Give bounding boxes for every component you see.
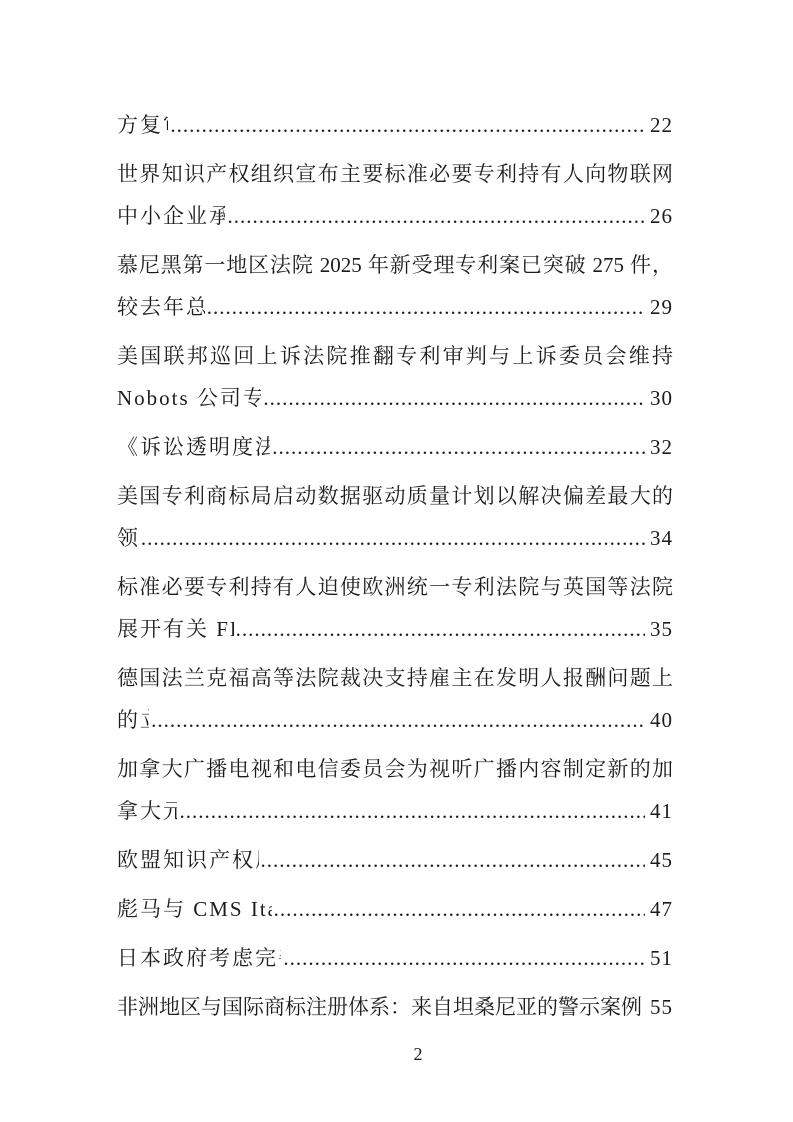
toc-line: 世界知识产权组织宣布主要标准必要专利持有人向物联网: [117, 153, 673, 195]
toc-line: 展开有关 FRAND 费率的竞争........................…: [117, 608, 673, 650]
page-number-footer: 2: [389, 1044, 447, 1064]
toc-line-text: 方复审请求: [117, 104, 168, 146]
toc-list: 方复审请求...................................…: [117, 104, 673, 1035]
toc-entry[interactable]: 德国法兰克福高等法院裁决支持雇主在发明人报酬问题上的立场............…: [117, 657, 673, 741]
dot-leader: ........................................…: [170, 104, 645, 146]
toc-line-text: Nobots 公司专利主张的裁决，谷歌胜诉: [117, 377, 261, 419]
toc-line: 中小企业承诺提供调解服务............................…: [117, 195, 673, 237]
toc-page-number: 29: [650, 286, 673, 328]
toc-entry[interactable]: 方复审请求...................................…: [117, 104, 673, 146]
toc-line: 方复审请求...................................…: [117, 104, 673, 146]
toc-line: 美国联邦巡回上诉法院推翻专利审判与上诉委员会维持: [117, 335, 673, 377]
toc-page-number: 30: [650, 377, 673, 419]
dot-leader: ........................................…: [151, 699, 645, 741]
toc-entry[interactable]: 世界知识产权组织宣布主要标准必要专利持有人向物联网中小企业承诺提供调解服务...…: [117, 153, 673, 237]
toc-line-text: 彪马与 CMS Italy 一案中的“最佳情境”原则: [117, 888, 272, 930]
toc-line-text: 《诉讼透明度法案》在美国众议院遭遇阻碍: [117, 426, 270, 468]
toc-line-text: 的立场: [117, 699, 149, 741]
toc-line-text: 拿大元素定义: [117, 790, 177, 832]
toc-page-number: 51: [650, 937, 673, 979]
toc-entry[interactable]: 美国联邦巡回上诉法院推翻专利审判与上诉委员会维持Nobots 公司专利主张的裁决…: [117, 335, 673, 419]
document-page: 方复审请求...................................…: [0, 0, 793, 1122]
toc-entry[interactable]: 标准必要专利持有人迫使欧洲统一专利法院与英国等法院展开有关 FRAND 费率的竞…: [117, 566, 673, 650]
toc-entry[interactable]: 慕尼黑第一地区法院 2025 年新受理专利案已突破 275 件，较去年总量增长 …: [117, 244, 673, 328]
toc-page-number: 41: [650, 790, 673, 832]
toc-line: 加拿大广播电视和电信委员会为视听广播内容制定新的加: [117, 748, 673, 790]
toc-line: 欧盟知识产权局推出商标早期筛查系统.......................…: [117, 839, 673, 881]
toc-line-text: 美国专利商标局启动数据驱动质量计划以解决偏差最大的: [117, 484, 673, 508]
toc-line: 拿大元素定义..................................…: [117, 790, 673, 832]
toc-line-text: 世界知识产权组织宣布主要标准必要专利持有人向物联网: [117, 162, 673, 186]
toc-line: 日本政府考虑完善仿制药专利链接制度的可能性...................…: [117, 937, 673, 979]
toc-entry[interactable]: 加拿大广播电视和电信委员会为视听广播内容制定新的加拿大元素定义.........…: [117, 748, 673, 832]
toc-line-text: 德国法兰克福高等法院裁决支持雇主在发明人报酬问题上: [117, 666, 673, 690]
toc-line: 美国专利商标局启动数据驱动质量计划以解决偏差最大的: [117, 475, 673, 517]
toc-page-number: 35: [650, 608, 673, 650]
dot-leader: ........................................…: [272, 426, 645, 468]
toc-entry[interactable]: 欧盟知识产权局推出商标早期筛查系统.......................…: [117, 839, 673, 881]
toc-page-number: 22: [650, 104, 673, 146]
toc-line-text: 慕尼黑第一地区法院 2025 年新受理专利案已突破 275 件，: [117, 253, 673, 277]
toc-line: 较去年总量增长 20%.............................…: [117, 286, 673, 328]
toc-line: 彪马与 CMS Italy 一案中的“最佳情境”原则..............…: [117, 888, 673, 930]
toc-page-number: 55: [650, 986, 673, 1028]
toc-line-text: 美国联邦巡回上诉法院推翻专利审判与上诉委员会维持: [117, 344, 673, 368]
toc-page-number: 26: [650, 195, 673, 237]
toc-entry[interactable]: 彪马与 CMS Italy 一案中的“最佳情境”原则..............…: [117, 888, 673, 930]
toc-entry[interactable]: 《诉讼透明度法案》在美国众议院遭遇阻碍.....................…: [117, 426, 673, 468]
toc-entry[interactable]: 非洲地区与国际商标注册体系：来自坦桑尼亚的警示案例55: [117, 986, 673, 1028]
toc-page-number: 45: [650, 839, 673, 881]
toc-line: 的立场.....................................…: [117, 699, 673, 741]
leader-spacer: [644, 986, 645, 1028]
toc-line-text: 日本政府考虑完善仿制药专利链接制度的可能性: [117, 937, 281, 979]
toc-page-number: 47: [650, 888, 673, 930]
toc-line-text: 中小企业承诺提供调解服务: [117, 195, 225, 237]
dot-leader: ........................................…: [207, 286, 645, 328]
toc-line-text: 非洲地区与国际商标注册体系：来自坦桑尼亚的警示案例: [117, 986, 642, 1028]
toc-page-number: 34: [650, 517, 673, 559]
footer-page-number: 2: [414, 1044, 423, 1064]
toc-line-text: 展开有关 FRAND 费率的竞争: [117, 608, 234, 650]
toc-line-text: 标准必要专利持有人迫使欧洲统一专利法院与英国等法院: [117, 575, 673, 599]
dot-leader: ........................................…: [261, 839, 646, 881]
toc-line-text: 领域: [117, 517, 139, 559]
dot-leader: ........................................…: [236, 608, 645, 650]
dot-leader: ........................................…: [283, 937, 645, 979]
toc-line: 德国法兰克福高等法院裁决支持雇主在发明人报酬问题上: [117, 657, 673, 699]
toc-line-text: 较去年总量增长 20%: [117, 286, 205, 328]
toc-page-number: 40: [650, 699, 673, 741]
toc-entry[interactable]: 美国专利商标局启动数据驱动质量计划以解决偏差最大的领域.............…: [117, 475, 673, 559]
toc-line: Nobots 公司专利主张的裁决，谷歌胜诉...................…: [117, 377, 673, 419]
toc-line: 领域......................................…: [117, 517, 673, 559]
toc-page-number: 32: [650, 426, 673, 468]
toc-line-text: 加拿大广播电视和电信委员会为视听广播内容制定新的加: [117, 757, 673, 781]
dot-leader: ........................................…: [263, 377, 645, 419]
toc-line: 非洲地区与国际商标注册体系：来自坦桑尼亚的警示案例55: [117, 986, 673, 1028]
dot-leader: ........................................…: [227, 195, 645, 237]
toc-line: 标准必要专利持有人迫使欧洲统一专利法院与英国等法院: [117, 566, 673, 608]
dot-leader: ........................................…: [179, 790, 645, 832]
toc-entry[interactable]: 日本政府考虑完善仿制药专利链接制度的可能性...................…: [117, 937, 673, 979]
toc-line: 慕尼黑第一地区法院 2025 年新受理专利案已突破 275 件，: [117, 244, 673, 286]
dot-leader: ........................................…: [141, 517, 645, 559]
dot-leader: ........................................…: [274, 888, 645, 930]
toc-line-text: 欧盟知识产权局推出商标早期筛查系统: [117, 839, 259, 881]
toc-line: 《诉讼透明度法案》在美国众议院遭遇阻碍.....................…: [117, 426, 673, 468]
